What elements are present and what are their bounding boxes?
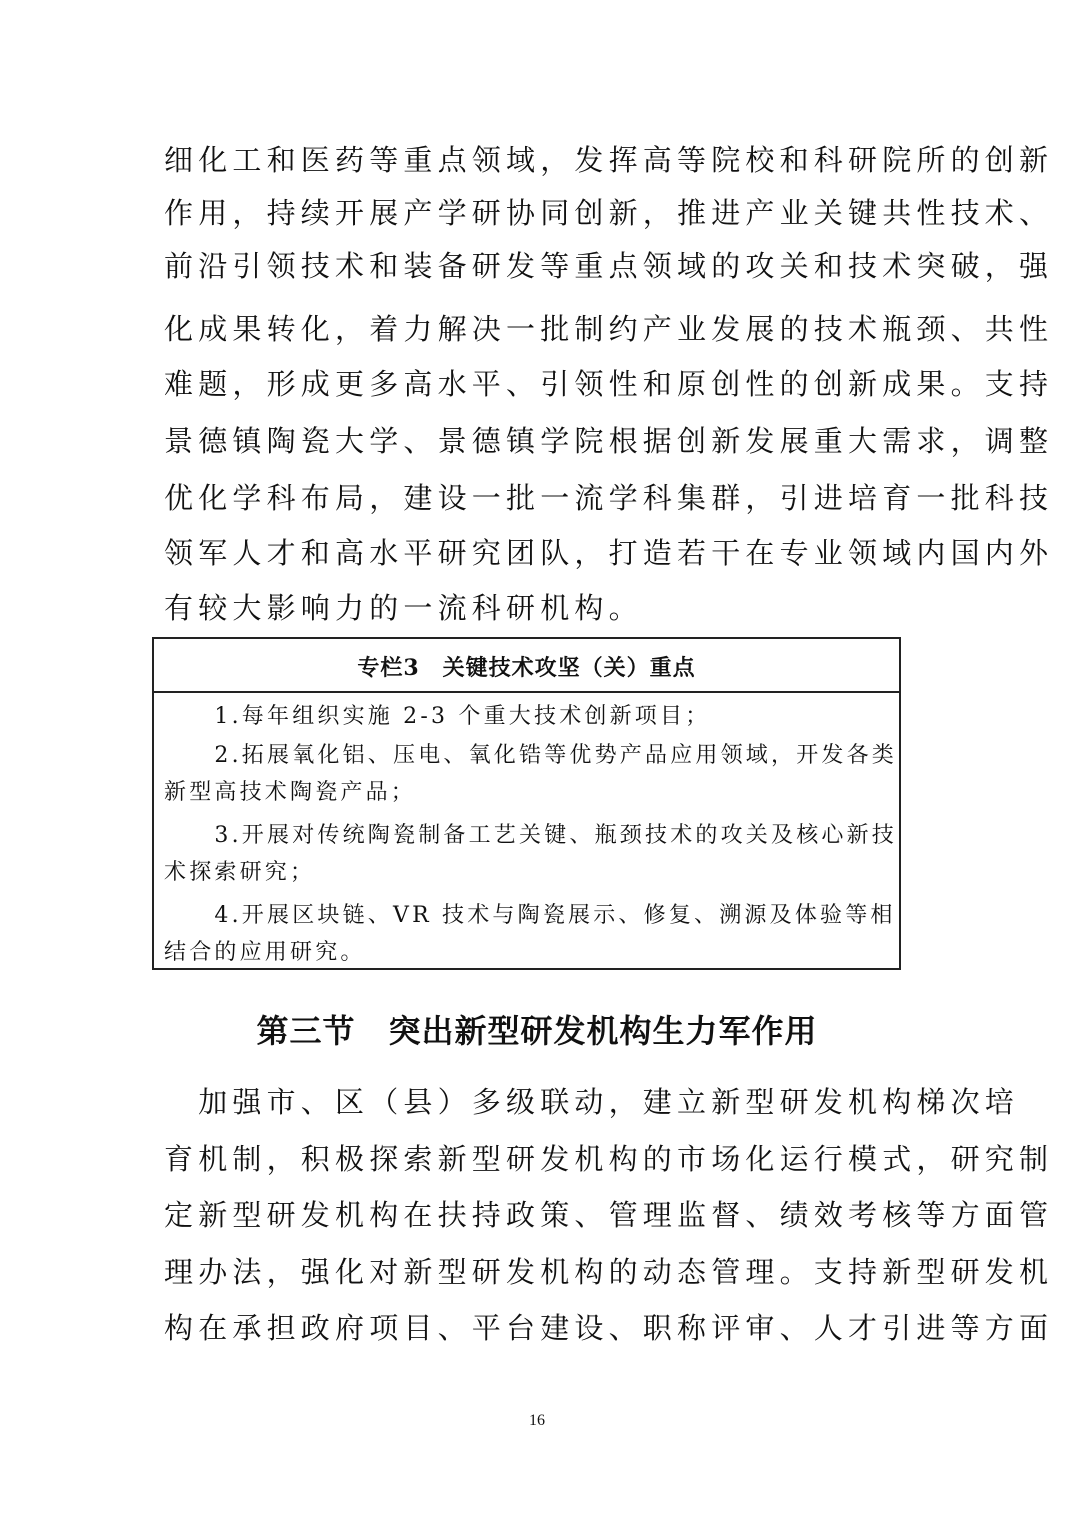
sidebar-box-line: 新型高技术陶瓷产品；	[164, 775, 416, 811]
paragraph-line: 景德镇陶瓷大学、景德镇学院根据创新发展重大需求，调整	[164, 421, 1053, 461]
paragraph-line: 定新型研发机构在扶持政策、管理监督、绩效考核等方面管	[164, 1195, 1053, 1235]
paragraph-line: 细化工和医药等重点领域，发挥高等院校和科研院所的创新	[164, 140, 1053, 180]
page-number: 16	[0, 1412, 1074, 1430]
paragraph-line: 难题，形成更多高水平、引领性和原创性的创新成果。支持	[164, 364, 1053, 404]
sidebar-box-line: 3.开展对传统陶瓷制备工艺关键、瓶颈技术的攻关及核心新技	[164, 818, 897, 854]
sidebar-box-line: 结合的应用研究。	[164, 935, 366, 971]
paragraph-line: 前沿引领技术和装备研发等重点领域的攻关和技术突破，强	[164, 246, 1053, 286]
paragraph-line: 领军人才和高水平研究团队，打造若干在专业领域内国内外	[164, 533, 1053, 573]
sidebar-box-line: 4.开展区块链、VR 技术与陶瓷展示、修复、溯源及体验等相	[164, 898, 896, 934]
paragraph-line: 加强市、区（县）多级联动，建立新型研发机构梯次培	[164, 1082, 1019, 1122]
paragraph-line: 理办法，强化对新型研发机构的动态管理。支持新型研发机	[164, 1252, 1053, 1292]
paragraph-line: 有较大影响力的一流科研机构。	[164, 588, 643, 628]
section-title: 第三节 突出新型研发机构生力军作用	[0, 1006, 1074, 1052]
sidebar-box: 专栏3 关键技术攻坚（关）重点 1.每年组织实施 2-3 个重大技术创新项目； …	[152, 637, 901, 970]
paragraph-line: 构在承担政府项目、平台建设、职称评审、人才引进等方面	[164, 1308, 1053, 1348]
sidebar-box-line: 1.每年组织实施 2-3 个重大技术创新项目；	[164, 699, 710, 735]
sidebar-box-title: 专栏3 关键技术攻坚（关）重点	[154, 639, 899, 693]
paragraph-line: 育机制，积极探索新型研发机构的市场化运行模式，研究制	[164, 1139, 1053, 1179]
sidebar-box-line: 2.拓展氧化铝、压电、氧化锆等优势产品应用领域，开发各类	[164, 738, 897, 774]
paragraph-line: 作用，持续开展产学研协同创新，推进产业关键共性技术、	[164, 193, 1053, 233]
sidebar-box-line: 术探索研究；	[164, 855, 315, 891]
paragraph-line: 化成果转化，着力解决一批制约产业发展的技术瓶颈、共性	[164, 309, 1053, 349]
paragraph-line: 优化学科布局，建设一批一流学科集群，引进培育一批科技	[164, 478, 1053, 518]
